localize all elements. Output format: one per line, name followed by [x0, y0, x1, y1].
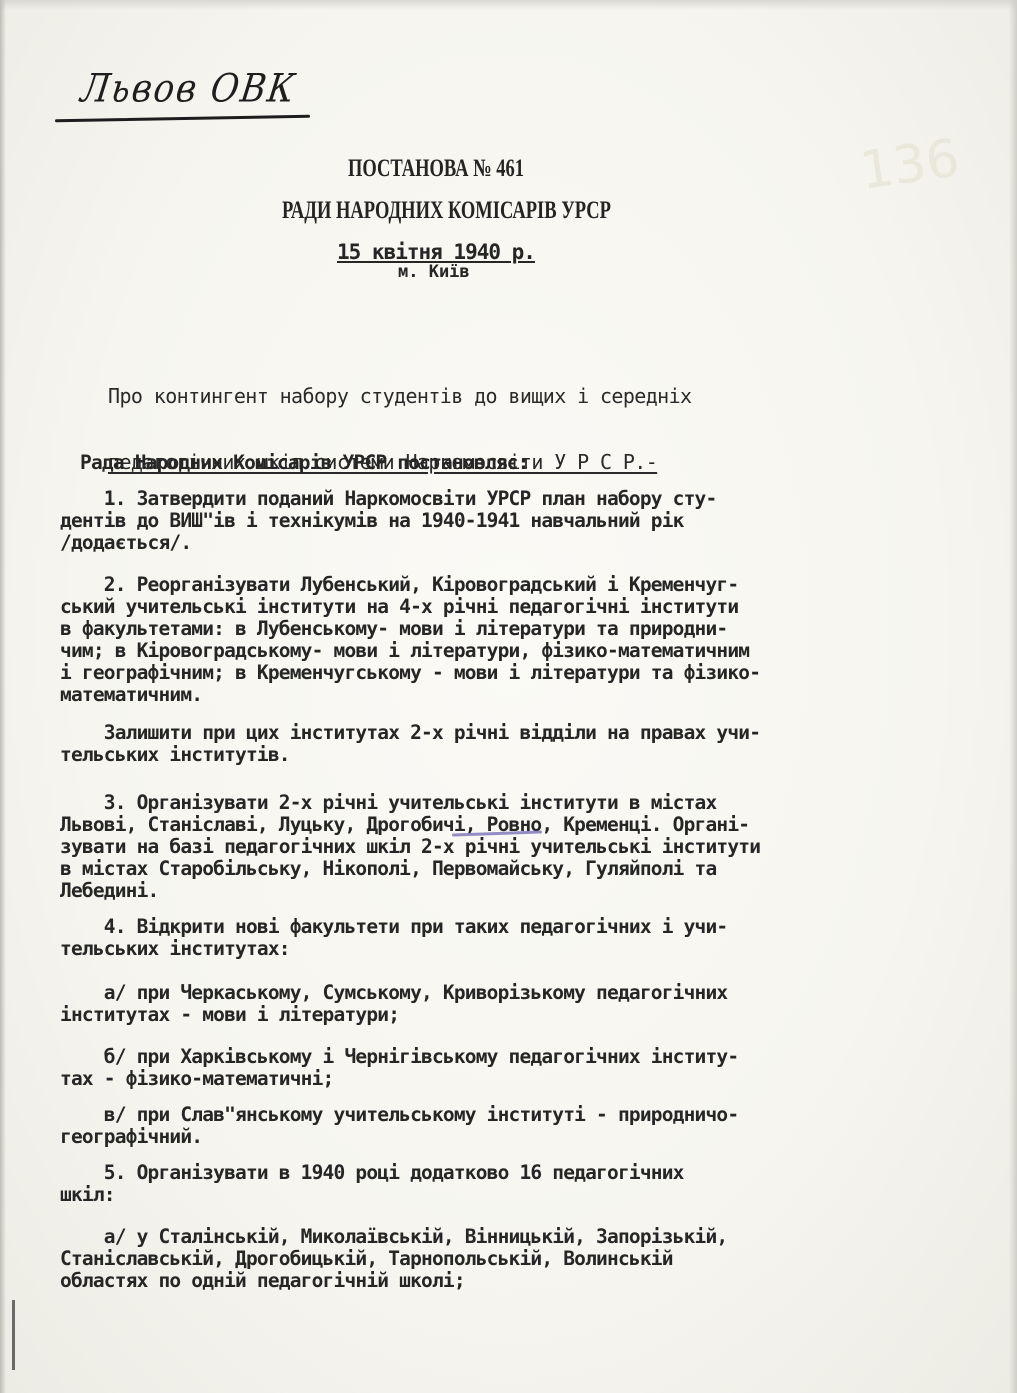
paragraph-p5: 5. Організувати в 1940 році додатково 16… [60, 1162, 684, 1206]
paragraph-line: тах - фізико-математичні; [60, 1068, 738, 1090]
document-city: м. Київ [398, 262, 470, 282]
paragraph-line: в/ при Слав"янському учительському інсти… [60, 1104, 738, 1126]
paragraph-line: 3. Організувати 2-х річні учительські ін… [60, 792, 760, 814]
paragraph-p4c: в/ при Слав"янському учительському інсти… [60, 1104, 738, 1148]
paragraph-p1: 1. Затвердити поданий Наркомосвіти УРСР … [60, 488, 716, 554]
document-title: ПОСТАНОВА № 461 [348, 155, 524, 183]
scan-edge-top [0, 0, 1017, 10]
paragraph-p2: 2. Реорганізувати Лубенський, Кіровоград… [60, 574, 760, 706]
paragraph-line: тельських інститутах: [60, 938, 727, 960]
paragraph-p4b: б/ при Харківському і Чернігівському пед… [60, 1046, 738, 1090]
paragraph-line: /додається/. [60, 532, 716, 554]
paragraph-line: 5. Організувати в 1940 році додатково 16… [60, 1162, 684, 1184]
handwritten-annotation: Львов ОВК [78, 66, 299, 112]
handwritten-underline [55, 115, 310, 122]
paragraph-line: в містах Старобільську, Нікополі, Первом… [60, 858, 760, 880]
paragraph-line: дентів до ВИШ"ів і технікумів на 1940-19… [60, 510, 716, 532]
paragraph-line: 4. Відкрити нові факультети при таких пе… [60, 916, 727, 938]
paragraph-line: Залишити при цих інститутах 2-х річні ві… [60, 722, 760, 744]
date-text: 15 квітня 1940 р. [337, 240, 535, 264]
paragraph-line: чим; в Кіровоградському- мови і літерату… [60, 640, 760, 662]
page-number-stamp: 136 [856, 128, 963, 201]
paragraph-line: інститутах - мови і літератури; [60, 1004, 727, 1026]
scan-edge-left [0, 0, 6, 1393]
paragraph-line: зувати на базі педагогічних шкіл 2-х річ… [60, 836, 760, 858]
paragraph-line: тельських інститутів. [60, 744, 760, 766]
scan-edge-right [1009, 0, 1017, 1393]
document-date: 15 квітня 1940 р. [337, 240, 535, 264]
paragraph-line: Львові, Станіславі, Луцьку, Дрогобичі, Р… [60, 814, 760, 836]
paragraph-line: а/ при Черкаському, Сумському, Криворізь… [60, 982, 727, 1004]
paragraph-line: в факультетами: в Лубенському- мови і лі… [60, 618, 760, 640]
document-page: Львов ОВК 136 ПОСТАНОВА № 461 РАДИ НАРОД… [0, 0, 1017, 1393]
paragraph-line: шкіл: [60, 1184, 684, 1206]
paragraph-p3: 3. Організувати 2-х річні учительські ін… [60, 792, 760, 902]
paragraph-line: ський учительські інститути на 4-х річні… [60, 596, 760, 618]
paragraph-p5a: а/ у Сталінській, Миколаївській, Вінниць… [60, 1226, 727, 1292]
paragraph-line: 1. Затвердити поданий Наркомосвіти УРСР … [60, 488, 716, 510]
paragraph-p4: 4. Відкрити нові факультети при таких пе… [60, 916, 727, 960]
paragraph-line: а/ у Сталінській, Миколаївській, Вінниць… [60, 1226, 727, 1248]
paragraph-line: географічний. [60, 1126, 738, 1148]
issuing-body: РАДИ НАРОДНИХ КОМІСАРІВ УРСР [282, 197, 611, 225]
paragraph-p2b: Залишити при цих інститутах 2-х річні ві… [60, 722, 760, 766]
paragraph-line: областях по одній педагогічній школі; [60, 1270, 727, 1292]
preamble: Рада Народних Комісарів УРСР постановляє… [80, 452, 529, 474]
subject-line-1: Про контингент набору студентів до вищих… [108, 385, 692, 407]
paragraph-line: 2. Реорганізувати Лубенський, Кіровоград… [60, 574, 760, 596]
paragraph-p4a: а/ при Черкаському, Сумському, Криворізь… [60, 982, 727, 1026]
paragraph-line: б/ при Харківському і Чернігівському пед… [60, 1046, 738, 1068]
paragraph-line: Лебедині. [60, 880, 760, 902]
binding-mark [12, 1300, 15, 1370]
paragraph-line: математичним. [60, 684, 760, 706]
paragraph-line: і географічним; в Кременчугському - мови… [60, 662, 760, 684]
paragraph-line: Станіславській, Дрогобицькій, Тарнопольс… [60, 1248, 727, 1270]
